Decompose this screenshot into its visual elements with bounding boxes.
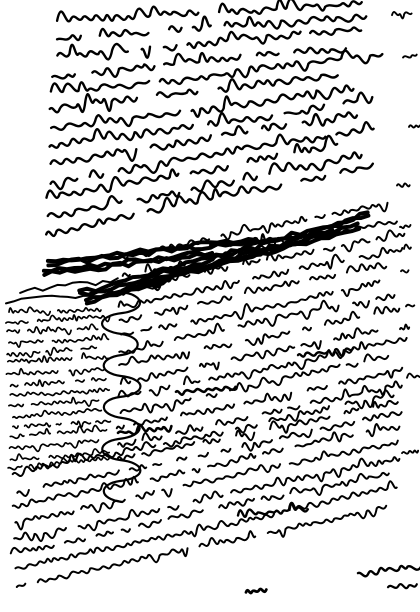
- manuscript-page: [0, 0, 420, 612]
- handwriting-svg: [0, 0, 420, 612]
- margin-annotation-block: [6, 307, 111, 469]
- top-text-block: [46, 0, 382, 236]
